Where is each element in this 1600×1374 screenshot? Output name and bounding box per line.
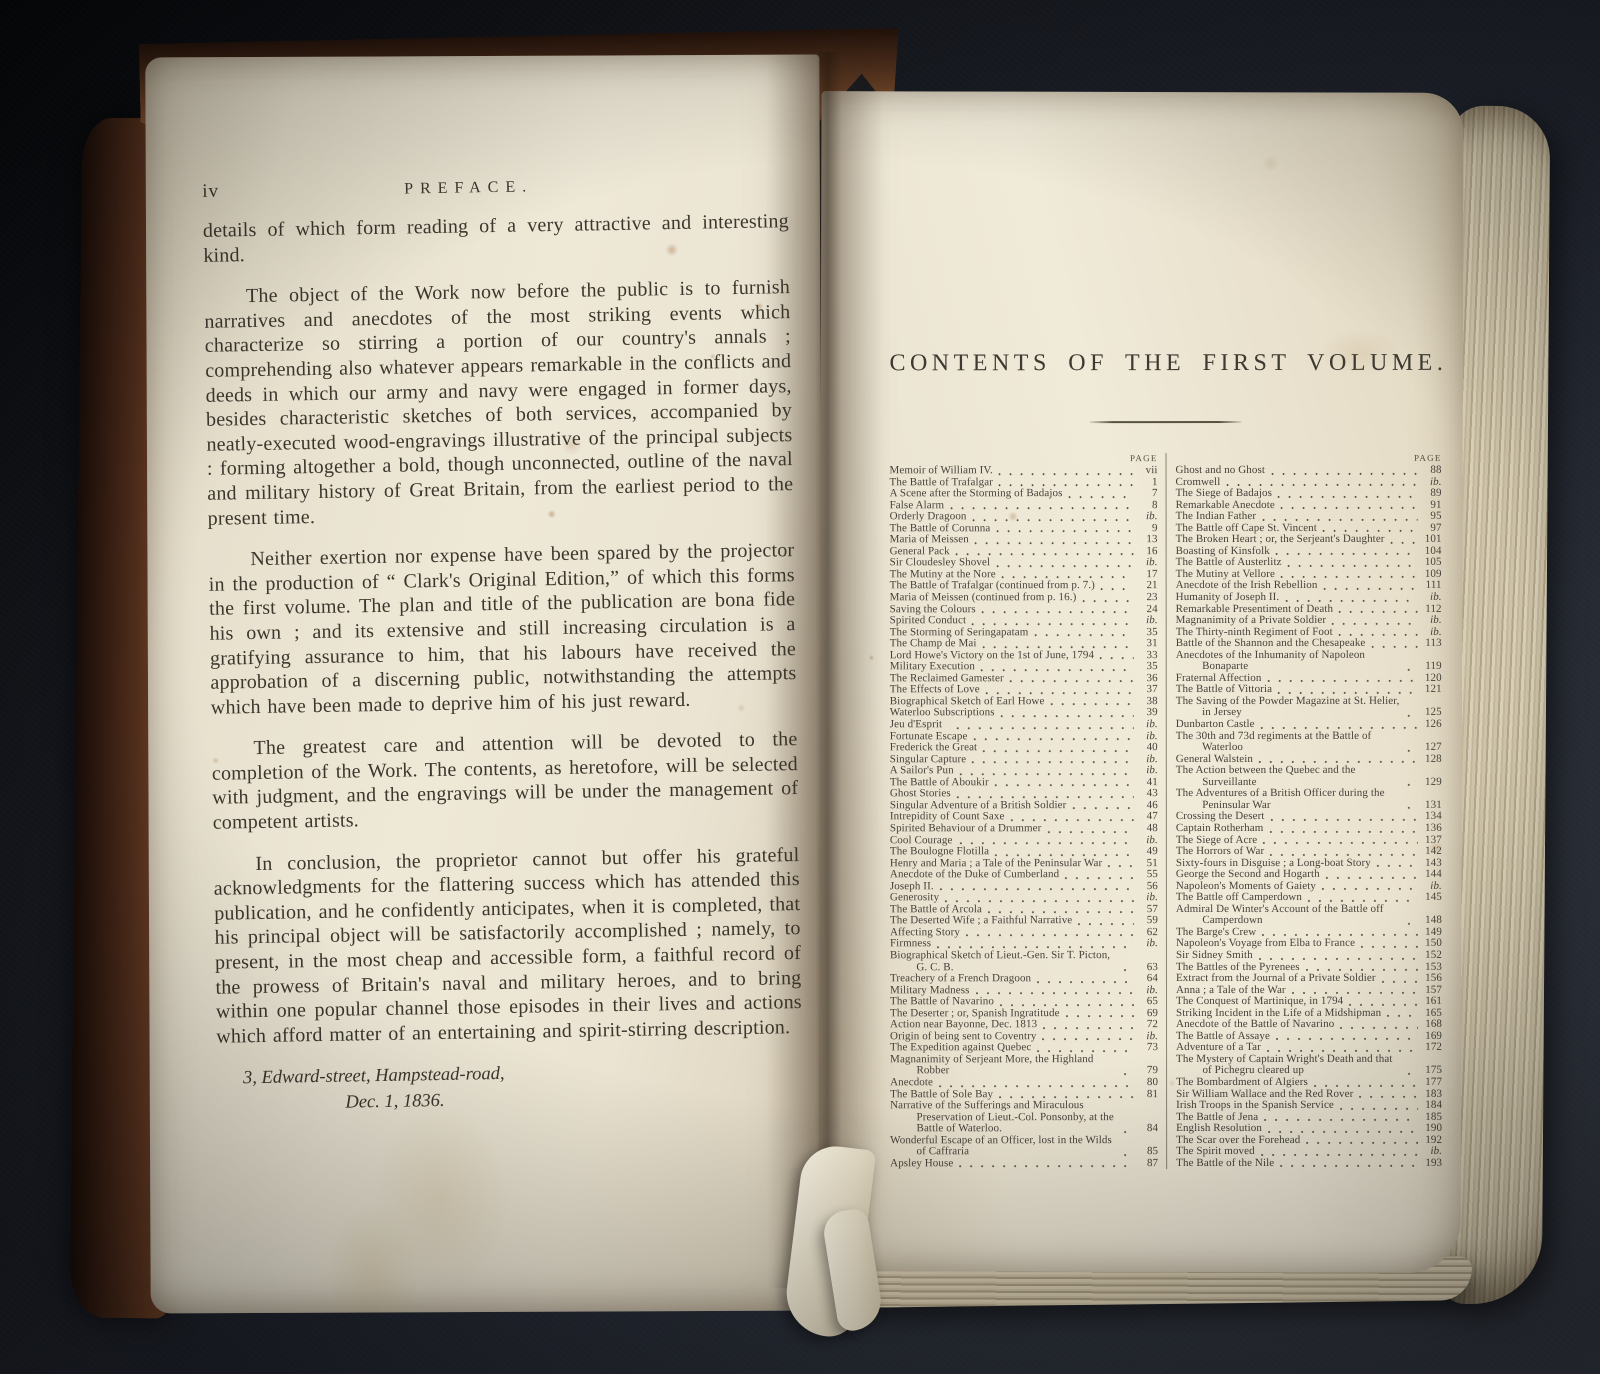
toc-entry-title: Anecdote of the Duke of Cumberland <box>890 869 1059 881</box>
signature-block: 3, Edward-street, Hampstead-road, Dec. 1… <box>217 1056 804 1118</box>
toc-entry-page: 152 <box>1420 950 1442 962</box>
dot-leader <box>1378 973 1418 984</box>
dot-leader <box>1263 673 1417 684</box>
toc-entry-page: 127 <box>1420 742 1442 754</box>
dot-leader <box>1074 916 1134 927</box>
dot-leader <box>1265 823 1417 834</box>
dot-leader <box>1310 1077 1418 1088</box>
toc-entry-page: 144 <box>1420 869 1442 881</box>
dot-leader <box>979 743 1134 754</box>
toc-entry-title: Biographical Sketch of Lieut.-Gen. Sir T… <box>890 950 1118 973</box>
dot-leader <box>1120 1147 1134 1158</box>
dot-leader <box>1357 939 1418 950</box>
dot-leader <box>992 558 1134 569</box>
toc-entry-page: 89 <box>1420 488 1442 500</box>
toc-entry: Memoir of William IV.vii <box>890 465 1158 477</box>
toc-entry-page: 49 <box>1136 846 1158 858</box>
toc-entry: Anecdote80 <box>890 1077 1158 1089</box>
contents-content: CONTENTS OF THE FIRST VOLUME. PAGE Memoi… <box>889 350 1442 1170</box>
toc-entry: The Saving of the Powder Magazine at St.… <box>1176 696 1442 719</box>
preface-paragraph: The object of the Work now before the pu… <box>204 275 794 531</box>
dot-leader <box>978 604 1134 615</box>
left-page: iv PREFACE. details of which form readin… <box>145 55 824 1314</box>
toc-entry-page: ib. <box>1136 938 1158 950</box>
contents-title: CONTENTS OF THE FIRST VOLUME. <box>889 350 1441 377</box>
toc-entry-page: 64 <box>1136 973 1158 985</box>
dot-leader <box>1272 1031 1418 1042</box>
dot-leader <box>1257 719 1418 730</box>
dot-leader <box>1259 835 1418 846</box>
dot-leader <box>1096 650 1134 661</box>
toc-column-left: PAGE Memoir of William IV.viiThe Battle … <box>890 453 1167 1170</box>
toc-entry: A Scene after the Storming of Badajos7 <box>890 488 1158 500</box>
page-column-header: PAGE <box>1176 453 1442 463</box>
preface-content: iv PREFACE. details of which form readin… <box>202 171 803 1118</box>
toc-entry-page: 80 <box>1136 1077 1158 1089</box>
toc-entry: Treachery of a French Dragoon64 <box>890 973 1158 985</box>
toc-entry-page: 113 <box>1420 638 1442 650</box>
toc-entry: The Bombardment of Algiers177 <box>1176 1077 1442 1089</box>
toc-entry-page: 65 <box>1136 996 1158 1008</box>
toc-entry-title: Apsley House <box>890 1158 953 1170</box>
dot-leader <box>1043 824 1133 835</box>
toc-entry-page: 87 <box>1136 1158 1158 1170</box>
dot-leader <box>953 720 1134 731</box>
toc-entry-page: 128 <box>1420 753 1442 765</box>
toc-entry-page: 88 <box>1420 465 1442 477</box>
toc-entry: Irish Troops in the Spanish Service184 <box>1176 1100 1442 1112</box>
dot-leader <box>1266 846 1418 857</box>
toc-entry: English Resolution190 <box>1176 1123 1442 1135</box>
toc-column-right: PAGE Ghost and no Ghost88Cromwellib.The … <box>1166 453 1443 1170</box>
toc-entry-title: Admiral De Winter's Account of the Battl… <box>1176 904 1402 927</box>
toc-entry-title: Captain Rotherham <box>1176 823 1264 835</box>
folio-number: iv <box>202 181 219 203</box>
toc-entry-title: Narrative of the Sufferings and Miraculo… <box>890 1100 1118 1135</box>
toc-entry-title: Jeu d'Esprit <box>890 719 951 731</box>
dot-leader <box>1104 858 1134 869</box>
dot-leader <box>1404 662 1418 673</box>
toc-entry: Captain Rotherham136 <box>1176 823 1442 835</box>
toc-columns: PAGE Memoir of William IV.viiThe Battle … <box>890 453 1443 1170</box>
dot-leader <box>992 523 1133 534</box>
dot-leader <box>1336 1100 1418 1111</box>
dot-leader <box>1373 858 1418 869</box>
dot-leader <box>1319 581 1417 592</box>
preface-paragraph: details of which form reading of a very … <box>203 209 790 268</box>
toc-entry: The Boulogne Flotilla49 <box>890 846 1158 858</box>
toc-entry-page: 190 <box>1420 1123 1442 1135</box>
toc-entry: Anecdote of the Duke of Cumberland55 <box>890 869 1158 881</box>
toc-entry-page: ib. <box>1136 719 1158 731</box>
dot-leader <box>962 928 1134 939</box>
preface-header: iv PREFACE. <box>202 171 788 203</box>
dot-leader <box>1404 777 1418 788</box>
toc-entry-page: 40 <box>1136 742 1158 754</box>
toc-entry: Wonderful Escape of an Officer, lost in … <box>890 1135 1158 1158</box>
dot-leader <box>1328 616 1418 627</box>
toc-entry-page: 55 <box>1136 869 1158 881</box>
toc-entry-title: Frederick the Great <box>890 742 977 754</box>
dot-leader <box>947 500 1134 511</box>
dot-leader <box>991 847 1134 858</box>
preface-paragraph: Neither exertion nor expense have been s… <box>208 538 797 720</box>
dot-leader <box>1335 604 1418 615</box>
dot-leader <box>1039 1031 1135 1042</box>
toc-entry-title: Treachery of a French Dragoon <box>890 973 1031 985</box>
toc-entry: The Horrors of War142 <box>1176 846 1442 858</box>
dot-leader <box>1061 870 1134 881</box>
title-rule <box>1090 421 1242 423</box>
dot-leader <box>1120 962 1134 973</box>
dot-leader <box>1064 489 1133 500</box>
dot-leader <box>1404 1066 1418 1077</box>
dot-leader <box>1120 1066 1134 1077</box>
dot-leader <box>1006 673 1134 684</box>
toc-entry-title: The Siege of Badajos <box>1176 488 1272 500</box>
dot-leader <box>1068 800 1133 811</box>
toc-entry: Magnanimity of Serjeant More, the Highla… <box>890 1054 1158 1077</box>
toc-entry-page: 172 <box>1420 1042 1442 1054</box>
toc-entry-title: Spirited Behaviour of a Drummer <box>890 823 1042 835</box>
toc-entry-page: 84 <box>1136 1123 1158 1135</box>
dot-leader <box>995 466 1134 477</box>
toc-entry-title: The Saving of the Powder Magazine at St.… <box>1176 696 1402 719</box>
dot-leader <box>1030 627 1133 638</box>
dot-leader <box>1281 592 1417 603</box>
dot-leader <box>1276 1158 1418 1169</box>
dot-leader <box>1367 639 1417 650</box>
dot-leader <box>1267 812 1418 823</box>
toc-entry: Dunbarton Castle126 <box>1176 719 1442 731</box>
dot-leader <box>1284 558 1418 569</box>
toc-entry: The Action between the Quebec and the Su… <box>1176 765 1442 788</box>
toc-entry-title: The Bombardment of Algiers <box>1176 1077 1308 1089</box>
preface-paragraphs: details of which form reading of a very … <box>203 209 803 1049</box>
toc-entry-page: 81 <box>1136 1089 1158 1101</box>
dot-leader <box>1404 708 1418 719</box>
toc-entry-page: 73 <box>1136 1042 1158 1054</box>
toc-entry: Spirited Behaviour of a Drummer48 <box>890 823 1158 835</box>
toc-entry: Anecdotes of the Inhumanity of Napoleon … <box>1176 650 1442 673</box>
toc-entry-title: Wonderful Escape of an Officer, lost in … <box>890 1135 1118 1158</box>
toc-entry-page: 156 <box>1420 973 1442 985</box>
toc-entry: Maria of Meissen (continued from p. 16.)… <box>890 592 1158 604</box>
toc-entry-title: Maria of Meissen (continued from p. 16.) <box>890 592 1077 604</box>
toc-entry-page: vii <box>1136 465 1158 477</box>
toc-entry-title: Magnanimity of Serjeant More, the Highla… <box>890 1054 1118 1077</box>
toc-entry-page: 129 <box>1420 777 1442 789</box>
toc-entry-title: A Scene after the Storming of Badajos <box>890 488 1063 500</box>
toc-entry: Extract from the Journal of a Private So… <box>1176 973 1442 985</box>
dot-leader <box>1097 581 1134 592</box>
dot-leader <box>1404 800 1418 811</box>
toc-entry-page: 193 <box>1420 1158 1442 1170</box>
toc-entry-page: 145 <box>1420 892 1442 904</box>
toc-entry-page: 121 <box>1420 684 1442 696</box>
toc-rows-right: Ghost and no Ghost88Cromwellib.The Siege… <box>1176 465 1443 1170</box>
dot-leader <box>955 1158 1134 1169</box>
toc-entry-title: The Boulogne Flotilla <box>890 846 989 858</box>
dot-leader <box>935 1078 1134 1089</box>
dot-leader <box>969 512 1134 523</box>
toc-entry: Magnanimity of a Private Soldierib. <box>1176 615 1442 627</box>
toc-entry: Apsley House87 <box>890 1158 1158 1170</box>
toc-entry: Jeu d'Espritib. <box>890 719 1158 731</box>
toc-entry: Biographical Sketch of Lieut.-Gen. Sir T… <box>890 950 1158 973</box>
dot-leader <box>969 731 1133 742</box>
dot-leader <box>1336 1020 1418 1031</box>
toc-entry: Humanity of Joseph II.ib. <box>1176 592 1442 604</box>
dot-leader <box>1322 870 1418 881</box>
toc-entry-title: Extract from the Journal of a Private So… <box>1176 973 1376 985</box>
toc-entry-title: Dunbarton Castle <box>1176 719 1255 731</box>
toc-entry-title: The Mystery of Captain Wright's Death an… <box>1176 1054 1402 1077</box>
toc-entry-title: The Adventures of a British Officer duri… <box>1176 788 1402 811</box>
toc-entry: The Siege of Badajos89 <box>1176 488 1442 500</box>
toc-entry: Narrative of the Sufferings and Miraculo… <box>890 1100 1158 1135</box>
toc-entry-page: ib. <box>1420 592 1442 604</box>
toc-entry: The Adventures of a British Officer duri… <box>1176 788 1442 811</box>
dot-leader <box>1078 593 1133 604</box>
toc-entry-page: 126 <box>1420 719 1442 731</box>
toc-entry-page: ib. <box>1420 615 1442 627</box>
toc-entry: Sir Sidney Smith152 <box>1176 950 1442 962</box>
toc-entry-title: The 30th and 73d regiments at the Battle… <box>1176 730 1402 753</box>
toc-entry-title: The Action between the Quebec and the Su… <box>1176 765 1402 788</box>
toc-entry-page: ib. <box>1136 615 1158 627</box>
toc-entry-title: Spirited Conduct <box>890 615 966 627</box>
toc-entry: The Battle of the Nile193 <box>1176 1158 1442 1170</box>
toc-entry-page: 142 <box>1420 846 1442 858</box>
dot-leader <box>972 985 1134 996</box>
toc-entry-page: 7 <box>1136 488 1158 500</box>
toc-entry-page: 161 <box>1420 996 1442 1008</box>
toc-entry-title: Memoir of William IV. <box>890 465 993 477</box>
dot-leader <box>968 754 1134 765</box>
dot-leader <box>1383 1008 1418 1019</box>
dot-leader <box>1046 697 1133 708</box>
toc-entry: Ghost and no Ghost88 <box>1176 465 1442 477</box>
preface-paragraph: In conclusion, the proprietor cannot but… <box>213 843 802 1049</box>
toc-entry-title: The Horrors of War <box>1176 846 1264 858</box>
toc-entry-page: 136 <box>1420 823 1442 835</box>
toc-entry-title: Sir Sidney Smith <box>1176 950 1253 962</box>
dot-leader <box>1257 1147 1418 1158</box>
toc-entry-title: The Battle of the Nile <box>1176 1158 1274 1170</box>
toc-entry-title: Ghost and no Ghost <box>1176 465 1266 477</box>
page-column-header: PAGE <box>890 453 1158 463</box>
dot-leader <box>1267 465 1418 476</box>
running-header: PREFACE. <box>219 174 788 201</box>
dot-leader <box>991 777 1134 788</box>
toc-entry-title: Irish Troops in the Spanish Service <box>1176 1100 1334 1112</box>
toc-entry: Orderly Dragoonib. <box>890 511 1158 523</box>
toc-entry-page: 23 <box>1136 592 1158 604</box>
dot-leader <box>1277 500 1418 511</box>
toc-entry-page: 177 <box>1420 1077 1442 1089</box>
toc-entry: The Mystery of Captain Wright's Death an… <box>1176 1054 1442 1077</box>
dot-leader <box>936 881 1134 892</box>
dot-leader <box>1062 1008 1134 1019</box>
dot-leader <box>997 708 1134 719</box>
dot-leader <box>1318 881 1418 892</box>
dot-leader <box>1387 535 1418 546</box>
toc-entry-page: 184 <box>1420 1100 1442 1112</box>
preface-paragraph: The greatest care and attention will be … <box>211 727 799 835</box>
dot-leader <box>1120 1124 1134 1135</box>
dot-leader <box>971 535 1134 546</box>
right-page: CONTENTS OF THE FIRST VOLUME. PAGE Memoi… <box>818 91 1463 1273</box>
toc-entry: The 30th and 73d regiments at the Battle… <box>1176 730 1442 753</box>
dot-leader <box>1355 1089 1418 1100</box>
dot-leader <box>1255 950 1418 961</box>
toc-entry-page: 48 <box>1136 823 1158 835</box>
toc-entry: Admiral De Winter's Account of the Battl… <box>1176 904 1442 927</box>
dot-leader <box>1033 974 1134 985</box>
dot-leader <box>1302 1135 1418 1146</box>
toc-entry-title: Anecdotes of the Inhumanity of Napoleon … <box>1176 650 1402 673</box>
dot-leader <box>1039 1020 1134 1031</box>
dot-leader <box>1272 546 1418 557</box>
dot-leader <box>1404 916 1418 927</box>
dot-leader <box>1274 488 1418 499</box>
toc-entry-title: Humanity of Joseph II. <box>1176 592 1280 604</box>
toc-entry: Frederick the Great40 <box>890 742 1158 754</box>
dot-leader <box>1260 1112 1418 1123</box>
open-book: iv PREFACE. details of which form readin… <box>0 0 1600 1374</box>
dot-leader <box>1404 743 1418 754</box>
toc-entry: Spirited Conductib. <box>890 615 1158 627</box>
toc-rows-left: Memoir of William IV.viiThe Battle of Tr… <box>890 465 1159 1170</box>
toc-entry-title: Anecdote <box>890 1077 933 1089</box>
